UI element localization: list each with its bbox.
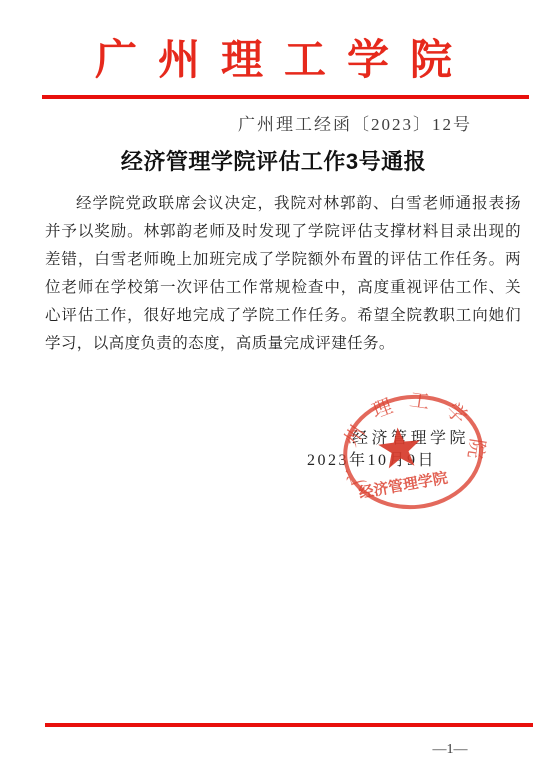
document-reference-number: 广州理工经函〔2023〕12号: [238, 114, 472, 136]
letterhead-institution-name: 广州理工学院: [0, 36, 547, 86]
star-icon: [377, 425, 423, 469]
document-title: 经济管理学院评估工作3号通报: [0, 146, 547, 178]
seal-arc-text: 广州理工学院: [332, 382, 493, 491]
document-body: 经学院党政联席会议决定，我院对林郭韵、白雪老师通报表扬并予以奖励。林郭韵老师及时…: [45, 190, 521, 358]
official-document-page: 广州理工学院 广州理工经函〔2023〕12号 经济管理学院评估工作3号通报 经学…: [0, 0, 547, 781]
body-paragraph: 经学院党政联席会议决定，我院对林郭韵、白雪老师通报表扬并予以奖励。林郭韵老师及时…: [45, 190, 521, 358]
official-seal-stamp: 广州理工学院 经济管理学院: [332, 381, 494, 522]
letterhead-divider-line: [42, 95, 529, 99]
seal-bottom-text: 经济管理学院: [357, 469, 449, 502]
footer-divider-line: [45, 723, 533, 727]
page-number: —1—: [420, 741, 480, 759]
